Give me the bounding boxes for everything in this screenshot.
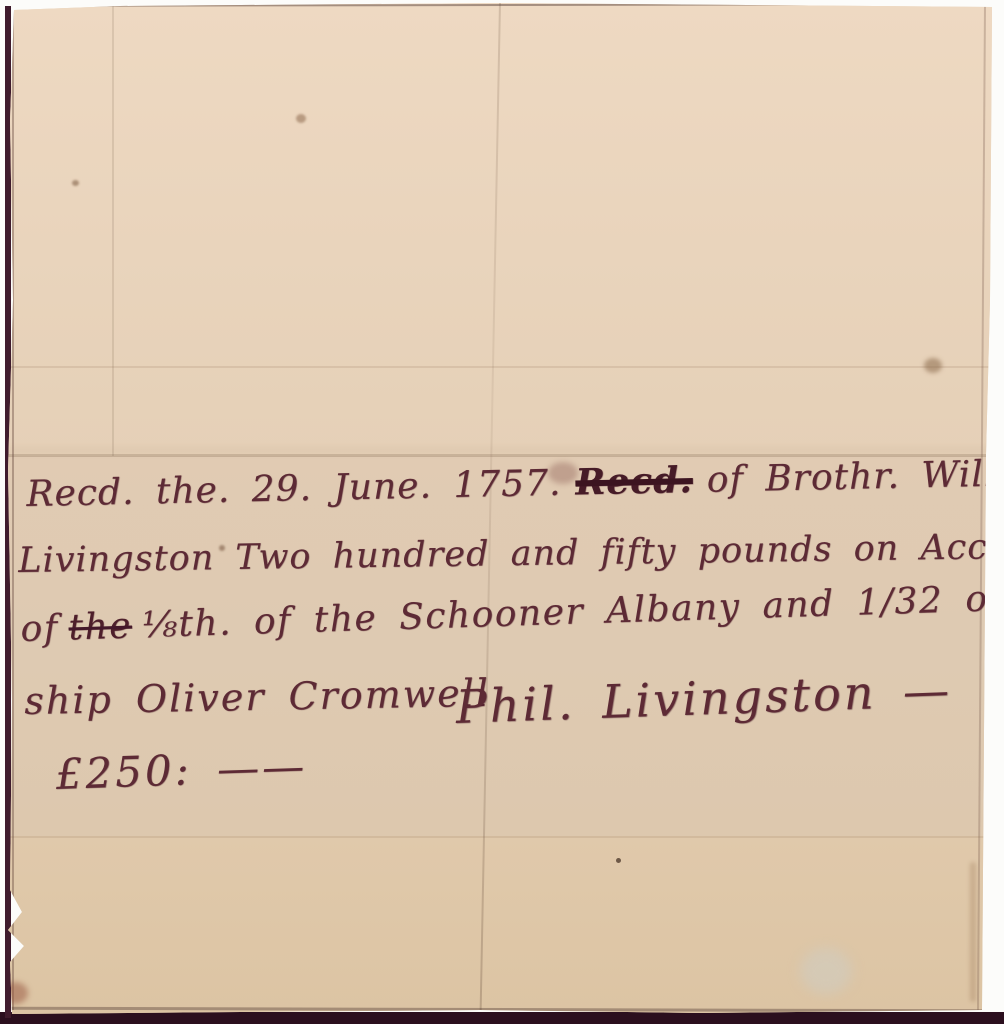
amount-text: £250: —— bbox=[55, 741, 308, 799]
stain bbox=[924, 358, 942, 373]
line3-pre-text: of bbox=[20, 608, 59, 650]
paper-upper-panel bbox=[0, 0, 1004, 456]
line3-struck-word: the bbox=[68, 606, 133, 649]
stain bbox=[296, 114, 306, 123]
paper-lower-panel bbox=[0, 836, 1004, 1024]
scanner-backing-bottom bbox=[0, 1012, 1004, 1024]
line4-text: ship Oliver Cromwell bbox=[24, 671, 490, 723]
stain bbox=[72, 180, 79, 186]
amount-line: £250: —— bbox=[55, 745, 308, 796]
receipt-paper: Recd. the. 29. June. 1757.Recd.of Brothr… bbox=[0, 0, 1004, 1024]
fold-crease-vertical-left bbox=[112, 6, 114, 456]
stain bbox=[616, 858, 621, 863]
line1-struck-word: Recd. bbox=[575, 459, 693, 503]
paper-edge-left bbox=[12, 8, 14, 1010]
edge-stain bbox=[970, 862, 976, 1002]
smudge bbox=[800, 948, 852, 994]
handwritten-line-4: ship Oliver Cromwell bbox=[24, 674, 490, 720]
fold-crease-horizontal-lower bbox=[8, 836, 988, 838]
fold-crease-horizontal-upper bbox=[8, 366, 996, 368]
line1-payer-text: of Brothr. William — bbox=[706, 451, 1004, 501]
